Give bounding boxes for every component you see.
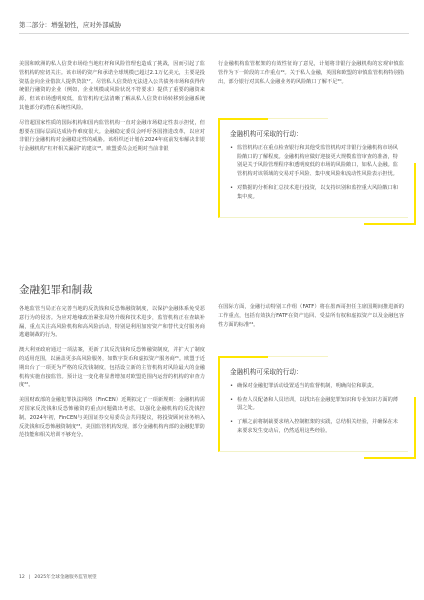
- footer-separator: |: [29, 575, 31, 580]
- list-item-text: 检查人员配备和人员培训，以找出在金融犯罪知识和专业知识方面的薄弱之处。: [237, 397, 398, 412]
- bullet-icon: •: [230, 144, 233, 153]
- page-number: 12: [19, 575, 25, 580]
- paragraph: 在国际方面，金融行动特别工作组（FATF）将在墨西哥担任主席国期间推进新的工作重…: [218, 303, 404, 329]
- list-item: •对数据的分析和汇总技术进行投资，以支持识别和监控重大风险敞口和集中度。: [230, 184, 398, 202]
- list-item: •了解之前将制裁要求纳入控制框架的实践，总结相关经验，并确保在未来要求发生变动后…: [230, 418, 398, 436]
- paragraph: 尽管超国家性质的国际机构和国内监管机构一直对金融市场稳定性表示担忧，但想要在国际…: [19, 119, 205, 154]
- list-item-text: 确保对金融犯罪活动设置适当的监督机制，明确岗位和职责。: [237, 383, 377, 389]
- callout-list: •确保对金融犯罪活动设置适当的监督机制，明确岗位和职责。 •检查人员配备和人员培…: [230, 382, 398, 436]
- callout-divider: [268, 356, 328, 357]
- right-column-bottom: 在国际方面，金融行动特别工作组（FATF）将在墨西哥担任主席国期间推进新的工作重…: [218, 303, 404, 335]
- callout-title: 金融机构可采取的行动：: [230, 130, 398, 139]
- list-item-text: 对数据的分析和汇总技术进行投资，以支持识别和监控重大风险敞口和集中度。: [237, 185, 398, 200]
- list-item: •检查人员配备和人员培训，以找出在金融犯罪知识和专业知识方面的薄弱之处。: [230, 396, 398, 414]
- page-footer: 12|2025年全球金融服务监管展望: [19, 574, 97, 580]
- right-column-top: 行金融机构监管框架的有效性征询了意见，计划将非银行金融机构的宏观审慎监管作为下一…: [218, 60, 404, 92]
- action-callout-box: 金融机构可采取的行动： •监管机构正在重点检查银行和其他受监管机构对非银行金融机…: [218, 118, 408, 218]
- left-column-top: 美国和欧洲的私人信贷市场给当地杠杆和风险管理也造成了挑战，因而引起了监管机构的密…: [19, 60, 205, 160]
- action-callout-box: 金融机构可采取的行动： •确保对金融犯罪活动设置适当的监督机制，明确岗位和职责。…: [218, 356, 408, 452]
- callout-divider: [268, 118, 328, 119]
- left-column-bottom: 各地监管当局正在完善当地的反洗钱和反恐怖融资制度，以保护金融体系免受恶意行为的侵…: [19, 305, 205, 446]
- callout-title: 金融机构可采取的行动：: [230, 368, 398, 377]
- bullet-icon: •: [230, 418, 233, 427]
- bullet-icon: •: [230, 184, 233, 193]
- section-title: 金融犯罪和制裁: [19, 282, 93, 297]
- list-item: •确保对金融犯罪活动设置适当的监督机制，明确岗位和职责。: [230, 382, 398, 391]
- section-header: 第二部分：增强韧性，应对外部威胁: [19, 20, 409, 34]
- paragraph: 澳大利亚政府通过一项法案，更新了其反洗钱和反恐怖融资制度，并扩大了制度的适用范围…: [19, 346, 205, 390]
- paragraph: 美国和欧洲的私人信贷市场给当地杠杆和风险管理也造成了挑战，因而引起了监管机构的密…: [19, 60, 205, 113]
- list-item-text: 监管机构正在重点检查银行和其他受监管机构对非银行金融机构市场风险敞口的了解程度。…: [237, 145, 398, 177]
- paragraph: 行金融机构监管框架的有效性征询了意见，计划将非银行金融机构的宏观审慎监管作为下一…: [218, 60, 404, 86]
- callout-list: •监管机构正在重点检查银行和其他受监管机构对非银行金融机构市场风险敞口的了解程度…: [230, 144, 398, 202]
- list-item: •监管机构正在重点检查银行和其他受监管机构对非银行金融机构市场风险敞口的了解程度…: [230, 144, 398, 179]
- list-item-text: 了解之前将制裁要求纳入控制框架的实践，总结相关经验，并确保在未来要求发生变动后，…: [237, 419, 398, 434]
- paragraph: 美国财政部的金融犯罪执法网络（FinCEN）近期拟定了一项新规则：金融机构需对国…: [19, 396, 205, 440]
- report-title: 2025年全球金融服务监管展望: [34, 575, 96, 580]
- paragraph: 各地监管当局正在完善当地的反洗钱和反恐怖融资制度，以保护金融体系免受恶意行为的侵…: [19, 305, 205, 340]
- bullet-icon: •: [230, 382, 233, 391]
- bullet-icon: •: [230, 396, 233, 405]
